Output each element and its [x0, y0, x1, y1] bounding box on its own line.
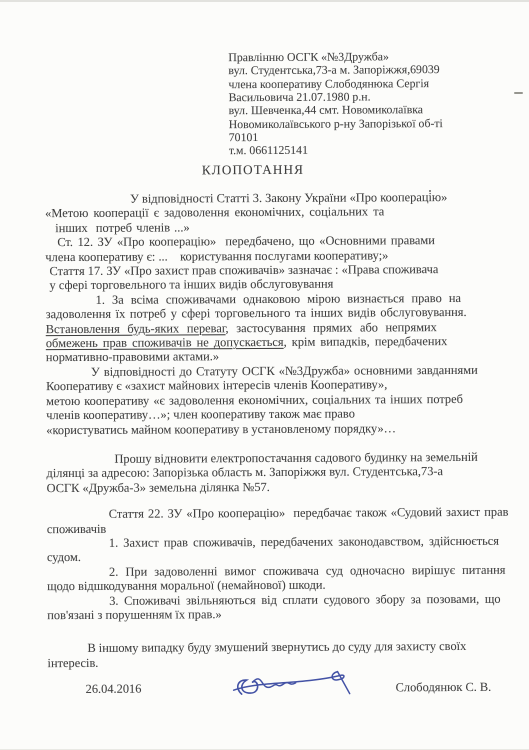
body-line: 3. Споживачі звільняються від сплати суд… [47, 591, 509, 608]
signer-name: Слободянюк С. В. [396, 680, 492, 696]
scanned-petition-page: Правлінню ОСГК «№3Дружба» вул. Студентсь… [0, 0, 529, 750]
body-line-rest: , крім випадків, передбачених [284, 334, 448, 349]
handwritten-signature [228, 666, 358, 709]
body-line: У відповідності Статті 3. Закону України… [45, 190, 507, 207]
body-line: ділянці за адресою: Запорізька область м… [46, 464, 508, 481]
underlined-clause: обмежень прав споживачів не допускається [46, 335, 284, 350]
body-line: В іншому випадку буду змушений звернутис… [47, 639, 509, 656]
document-date: 26.04.2016 [86, 682, 142, 697]
body-line: Стаття 17. ЗУ «Про захист прав споживачі… [45, 262, 507, 279]
body-line: У відповідності до Статуту ОСГК «№3Дружб… [46, 363, 508, 380]
scan-artifact-dash [514, 92, 523, 94]
body-line-underlined: обмежень прав споживачів не допускається… [46, 334, 508, 351]
body-line-rest: , застосування прямих або непрямих [225, 320, 436, 335]
paragraph-gap [47, 620, 509, 641]
body-line: 2. При задоволенні вимог споживача суд о… [47, 562, 509, 579]
scan-artifact-speck [429, 190, 431, 192]
body-line: Стаття 22. ЗУ «Про кооперацію» передбача… [47, 505, 509, 522]
recipient-line: т.м. 0661125141 [229, 143, 525, 158]
body-line: 1. Захист прав споживачів, передбачених … [47, 534, 509, 551]
body-line: метою кооперативу «є задоволення економі… [46, 391, 508, 408]
document-body: У відповідності Статті 3. Закону України… [45, 190, 509, 671]
recipient-block: Правлінню ОСГК «№3Дружба» вул. Студентсь… [228, 50, 525, 158]
document-title: КЛОПОТАННЯ [0, 161, 507, 180]
body-line: задоволення їх потреб у сфері торговельн… [46, 305, 508, 322]
scan-artifact-speck [118, 298, 120, 300]
underlined-clause: Встановлення будь-яких переваг [46, 321, 226, 336]
